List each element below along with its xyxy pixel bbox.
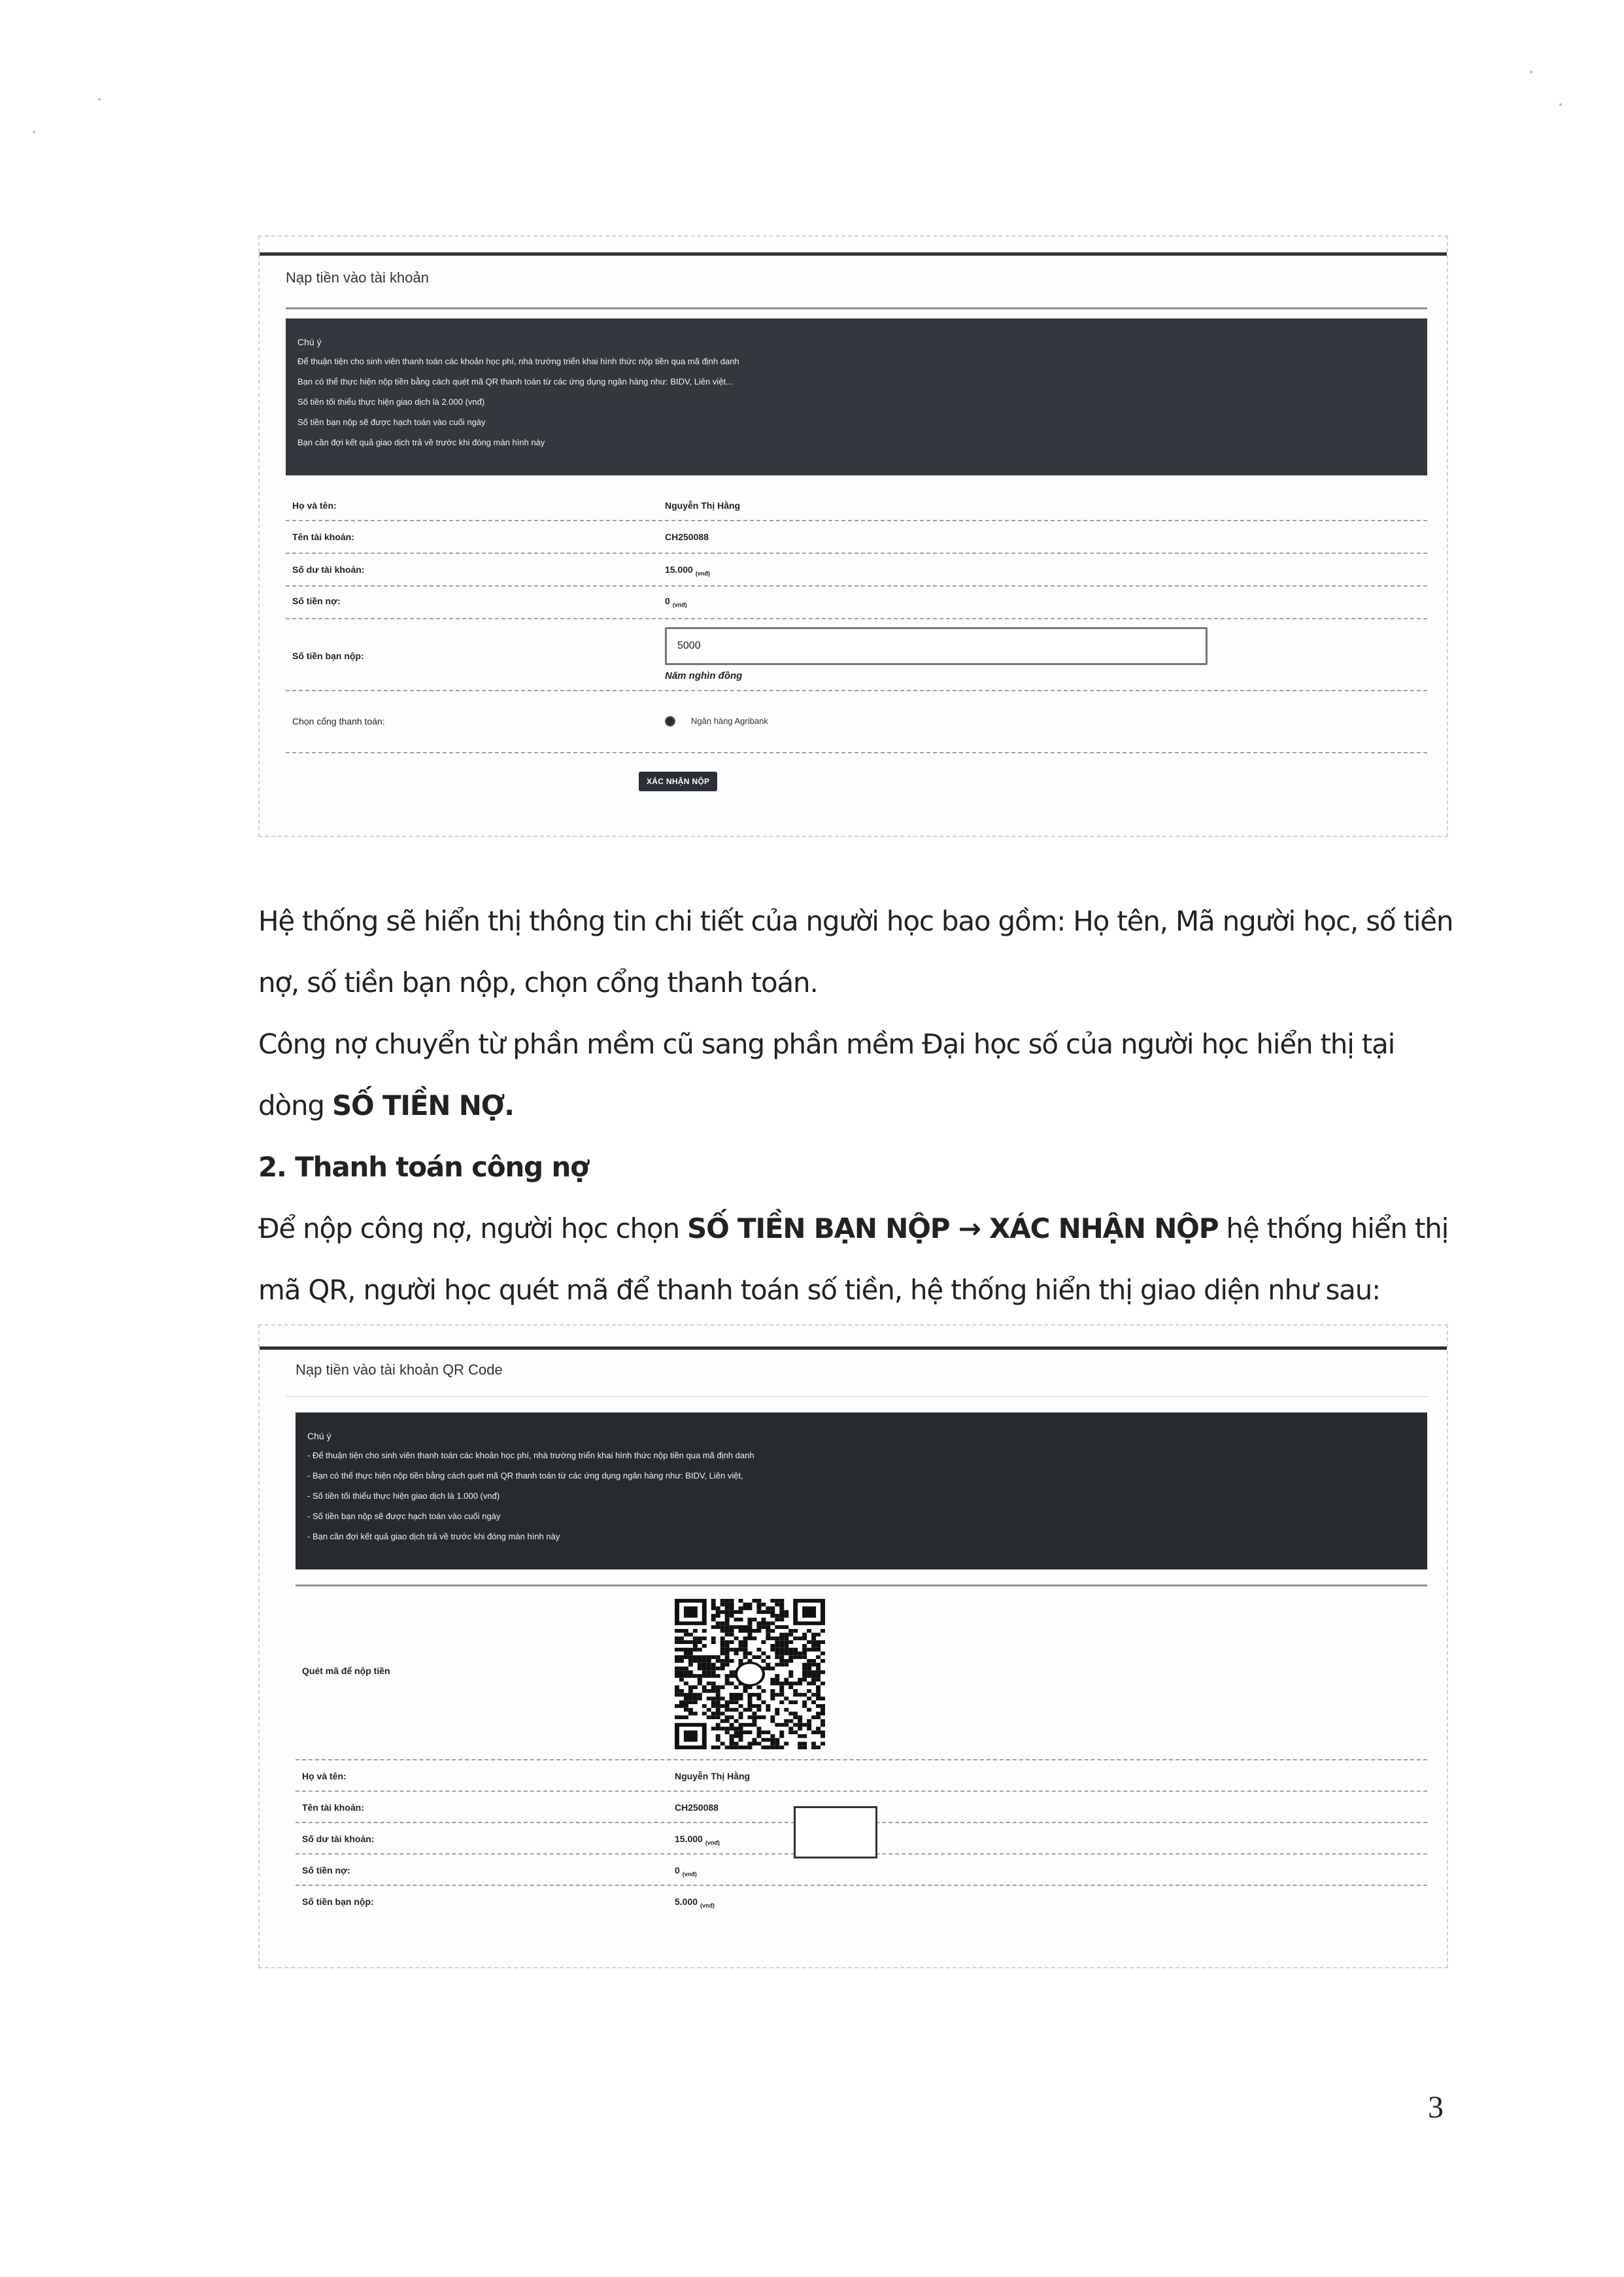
notice-line: Bạn có thể thực hiện nộp tiền bằng cách … [297, 377, 1415, 386]
notice-title: Chú ý [297, 337, 1415, 347]
full-name-value: Nguyễn Thị Hằng [665, 500, 740, 511]
balance-amount: 15.000 [675, 1834, 703, 1844]
section-heading: 2. Thanh toán công nợ [258, 1137, 1455, 1198]
screenshot-qr-payment: Nạp tiền vào tài khoản QR Code Chú ý - Đ… [258, 1324, 1448, 1968]
balance-unit: (vnđ) [696, 570, 710, 577]
divider [296, 1584, 1427, 1586]
emphasis-debt: SỐ TIỀN NỢ. [332, 1089, 514, 1121]
balance-label: Số dư tài khoản: [292, 564, 364, 575]
debt-unit: (vnđ) [673, 602, 687, 608]
notice-box: Chú ý Để thuận tiện cho sinh viên thanh … [286, 318, 1427, 475]
full-name-value: Nguyễn Thị Hằng [675, 1771, 750, 1781]
qr-code-icon [675, 1599, 825, 1749]
page-title: Nạp tiền vào tài khoản [286, 269, 429, 286]
confirm-payment-button[interactable]: XÁC NHẬN NỘP [639, 772, 717, 791]
gateway-label: Chọn cổng thanh toán: [292, 716, 385, 727]
notice-line: Để thuận tiện cho sinh viên thanh toán c… [297, 356, 1415, 366]
debt-amount: 0 [675, 1865, 680, 1875]
page-number: 3 [1428, 2089, 1444, 2125]
gateway-option-label[interactable]: Ngân hàng Agribank [691, 716, 768, 726]
debt-amount: 0 [665, 596, 670, 606]
emphasis-steps: SỐ TIỀN BẠN NỘP → XÁC NHẬN NỘP [687, 1212, 1218, 1244]
top-rule [260, 252, 1447, 256]
balance-value: 15.000(vnđ) [665, 564, 710, 577]
notice-line: - Bạn có thể thực hiện nộp tiền bằng các… [307, 1471, 1415, 1481]
account-name-value: CH250088 [665, 532, 709, 542]
gateway-radio-agribank[interactable] [665, 716, 675, 727]
paragraph-details: Hệ thống sẽ hiển thị thông tin chi tiết … [258, 891, 1455, 1014]
row-full-name: Họ và tên: Nguyễn Thị Hằng [296, 1760, 1427, 1792]
debt-label: Số tiền nợ: [302, 1865, 350, 1875]
full-name-label: Họ và tên: [302, 1771, 347, 1781]
debt-unit: (vnđ) [683, 1871, 697, 1877]
divider [286, 307, 1427, 309]
notice-line: - Để thuận tiện cho sinh viên thanh toán… [307, 1450, 1415, 1460]
notice-line: - Bạn cần đợi kết quả giao dịch trả về t… [307, 1532, 1415, 1541]
account-name-value: CH250088 [675, 1802, 719, 1813]
balance-value: 15.000(vnđ) [675, 1834, 720, 1846]
overlay-rectangle [794, 1806, 877, 1858]
row-account-name: Tên tài khoản: CH250088 [286, 521, 1427, 554]
debt-value: 0(vnđ) [665, 596, 687, 608]
document-body: Hệ thống sẽ hiển thị thông tin chi tiết … [258, 891, 1455, 1321]
account-name-label: Tên tài khoản: [302, 1802, 364, 1813]
scan-speck [98, 98, 101, 101]
scan-speck [1530, 71, 1532, 73]
screenshot-deposit-form: Nạp tiền vào tài khoản Chú ý Để thuận ti… [258, 235, 1448, 837]
debt-label: Số tiền nợ: [292, 596, 341, 606]
amount-label: Số tiền bạn nộp: [292, 651, 364, 661]
row-debt: Số tiền nợ: 0(vnđ) [286, 587, 1427, 619]
scan-speck [1559, 103, 1562, 106]
full-name-label: Họ và tên: [292, 500, 337, 511]
notice-line: Số tiền tối thiểu thực hiện giao dịch là… [297, 397, 1415, 407]
divider [286, 1396, 1427, 1397]
page-title: Nạp tiền vào tài khoản QR Code [296, 1361, 503, 1378]
account-name-label: Tên tài khoản: [292, 532, 354, 542]
paid-unit: (vnđ) [700, 1902, 715, 1909]
balance-amount: 15.000 [665, 564, 693, 575]
balance-unit: (vnđ) [705, 1840, 720, 1846]
row-balance: Số dư tài khoản: 15.000(vnđ) [286, 554, 1427, 587]
notice-line: - Số tiền bạn nộp sẽ được hạch toán vào … [307, 1511, 1415, 1521]
row-qr: Quét mã để nộp tiền [296, 1587, 1427, 1760]
notice-title: Chú ý [307, 1431, 1415, 1441]
paragraph-payment: Để nộp công nợ, người học chọn SỐ TIỀN B… [258, 1198, 1455, 1321]
notice-line: - Số tiền tối thiểu thực hiện giao dịch … [307, 1491, 1415, 1501]
row-amount: Số tiền bạn nộp: Năm nghìn đồng [286, 619, 1427, 691]
notice-line: Số tiền bạn nộp sẽ được hạch toán vào cu… [297, 417, 1415, 427]
paid-amount: 5.000 [675, 1896, 698, 1907]
notice-box: Chú ý - Để thuận tiện cho sinh viên than… [296, 1412, 1427, 1569]
notice-line: Bạn cần đợi kết quả giao dịch trả về trư… [297, 437, 1415, 447]
paid-value: 5.000(vnđ) [675, 1896, 715, 1909]
top-rule [260, 1346, 1447, 1350]
paragraph-debt: Công nợ chuyển từ phần mềm cũ sang phần … [258, 1014, 1455, 1137]
amount-input[interactable] [665, 627, 1208, 665]
balance-label: Số dư tài khoản: [302, 1834, 374, 1844]
row-debt: Số tiền nợ: 0(vnđ) [296, 1855, 1427, 1886]
debt-value: 0(vnđ) [675, 1865, 697, 1877]
amount-in-words: Năm nghìn đồng [665, 670, 742, 681]
scan-speck [33, 131, 35, 133]
row-paid: Số tiền bạn nộp: 5.000(vnđ) [296, 1886, 1427, 1945]
paid-label: Số tiền bạn nộp: [302, 1896, 374, 1907]
qr-label: Quét mã để nộp tiền [302, 1666, 390, 1676]
row-full-name: Họ và tên: Nguyễn Thị Hằng [286, 488, 1427, 521]
row-gateway: Chọn cổng thanh toán: Ngân hàng Agribank [286, 691, 1427, 753]
